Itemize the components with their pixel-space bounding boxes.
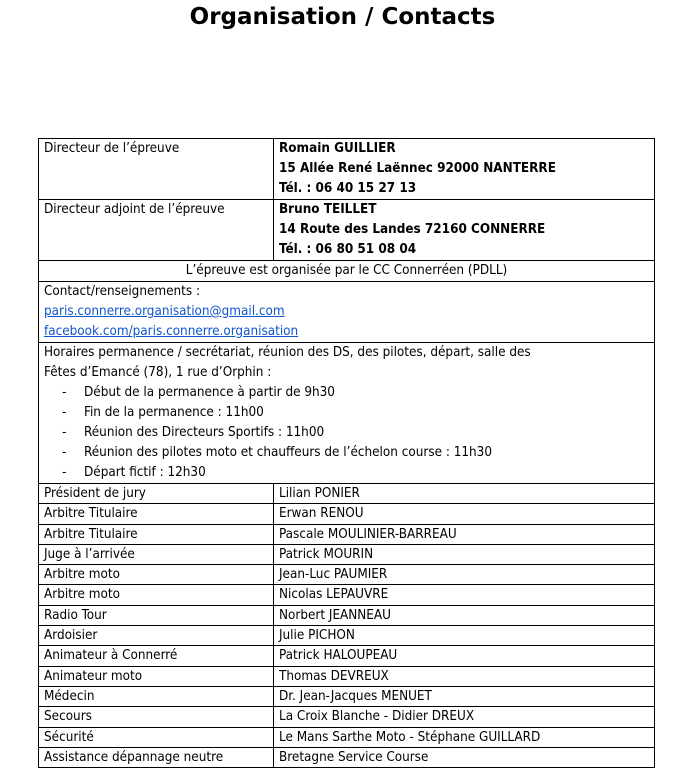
organizer-row: L’épreuve est organisée par le CC Conner… <box>39 261 655 282</box>
schedule-item: Réunion des Directeurs Sportifs : 11h00 <box>62 423 654 443</box>
schedule-intro-line2: Fêtes d’Emancé (78), 1 rue d’Orphin : <box>44 363 654 383</box>
deputy-director-role: Directeur adjoint de l’épreuve <box>39 200 274 261</box>
official-row: Radio TourNorbert JEANNEAU <box>39 605 655 625</box>
official-row: Arbitre TitulairePascale MOULINIER-BARRE… <box>39 524 655 544</box>
schedule-item: Début de la permanence à partir de 9h30 <box>62 383 654 403</box>
official-name: Le Mans Sarthe Moto - Stéphane GUILLARD <box>274 727 655 747</box>
official-role: Médecin <box>39 686 274 706</box>
official-row: Assistance dépannage neutreBretagne Serv… <box>39 747 655 767</box>
schedule-row: Horaires permanence / secrétariat, réuni… <box>39 343 655 484</box>
official-role: Arbitre moto <box>39 585 274 605</box>
facebook-link[interactable]: facebook.com/paris.connerre.organisation <box>44 324 298 339</box>
official-role: Secours <box>39 707 274 727</box>
deputy-director-row: Directeur adjoint de l’épreuve Bruno TEI… <box>39 200 655 261</box>
director-phone: Tél. : 06 40 15 27 13 <box>279 179 654 199</box>
organizer-text: L’épreuve est organisée par le CC Conner… <box>39 261 655 282</box>
official-role: Assistance dépannage neutre <box>39 747 274 767</box>
deputy-director-address: 14 Route des Landes 72160 CONNERRE <box>279 220 654 240</box>
official-name: Lilian PONIER <box>274 484 655 504</box>
contact-label: Contact/renseignements : <box>44 282 654 302</box>
deputy-director-details: Bruno TEILLET 14 Route des Landes 72160 … <box>274 200 655 261</box>
contact-cell: Contact/renseignements : paris.connerre.… <box>39 282 655 343</box>
page-title: Organisation / Contacts <box>0 4 685 30</box>
official-name: Jean-Luc PAUMIER <box>274 565 655 585</box>
official-row: MédecinDr. Jean-Jacques MENUET <box>39 686 655 706</box>
official-role: Radio Tour <box>39 605 274 625</box>
official-role: Animateur moto <box>39 666 274 686</box>
schedule-item: Départ fictif : 12h30 <box>62 463 654 483</box>
official-row: Arbitre TitulaireErwan RENOU <box>39 504 655 524</box>
official-name: Julie PICHON <box>274 626 655 646</box>
official-role: Ardoisier <box>39 626 274 646</box>
official-role: Sécurité <box>39 727 274 747</box>
schedule-item: Réunion des pilotes moto et chauffeurs d… <box>62 443 654 463</box>
schedule-item: Fin de la permanence : 11h00 <box>62 403 654 423</box>
official-name: Thomas DEVREUX <box>274 666 655 686</box>
director-row: Directeur de l’épreuve Romain GUILLIER 1… <box>39 139 655 200</box>
official-name: Patrick MOURIN <box>274 544 655 564</box>
schedule-cell: Horaires permanence / secrétariat, réuni… <box>39 343 655 484</box>
official-role: Arbitre moto <box>39 565 274 585</box>
official-name: La Croix Blanche - Didier DREUX <box>274 707 655 727</box>
director-name: Romain GUILLIER <box>279 139 654 159</box>
official-name: Norbert JEANNEAU <box>274 605 655 625</box>
official-role: Animateur à Connerré <box>39 646 274 666</box>
official-row: SecoursLa Croix Blanche - Didier DREUX <box>39 707 655 727</box>
official-row: Arbitre motoNicolas LEPAUVRE <box>39 585 655 605</box>
official-role: Président de jury <box>39 484 274 504</box>
contact-row: Contact/renseignements : paris.connerre.… <box>39 282 655 343</box>
official-role: Arbitre Titulaire <box>39 504 274 524</box>
official-row: Animateur à ConnerréPatrick HALOUPEAU <box>39 646 655 666</box>
official-name: Pascale MOULINIER-BARREAU <box>274 524 655 544</box>
director-details: Romain GUILLIER 15 Allée René Laënnec 92… <box>274 139 655 200</box>
official-row: ArdoisierJulie PICHON <box>39 626 655 646</box>
official-row: SécuritéLe Mans Sarthe Moto - Stéphane G… <box>39 727 655 747</box>
official-role: Arbitre Titulaire <box>39 524 274 544</box>
schedule-list: Début de la permanence à partir de 9h30 … <box>44 383 654 483</box>
official-name: Bretagne Service Course <box>274 747 655 767</box>
official-row: Président de juryLilian PONIER <box>39 484 655 504</box>
official-row: Arbitre motoJean-Luc PAUMIER <box>39 565 655 585</box>
official-name: Erwan RENOU <box>274 504 655 524</box>
deputy-director-phone: Tél. : 06 80 51 08 04 <box>279 240 654 260</box>
official-name: Patrick HALOUPEAU <box>274 646 655 666</box>
contacts-table: Directeur de l’épreuve Romain GUILLIER 1… <box>38 138 655 768</box>
schedule-intro-line1: Horaires permanence / secrétariat, réuni… <box>44 343 654 363</box>
official-name: Dr. Jean-Jacques MENUET <box>274 686 655 706</box>
official-role: Juge à l’arrivée <box>39 544 274 564</box>
official-name: Nicolas LEPAUVRE <box>274 585 655 605</box>
director-role: Directeur de l’épreuve <box>39 139 274 200</box>
official-row: Juge à l’arrivéePatrick MOURIN <box>39 544 655 564</box>
director-address: 15 Allée René Laënnec 92000 NANTERRE <box>279 159 654 179</box>
official-row: Animateur motoThomas DEVREUX <box>39 666 655 686</box>
email-link[interactable]: paris.connerre.organisation@gmail.com <box>44 304 285 319</box>
deputy-director-name: Bruno TEILLET <box>279 200 654 220</box>
